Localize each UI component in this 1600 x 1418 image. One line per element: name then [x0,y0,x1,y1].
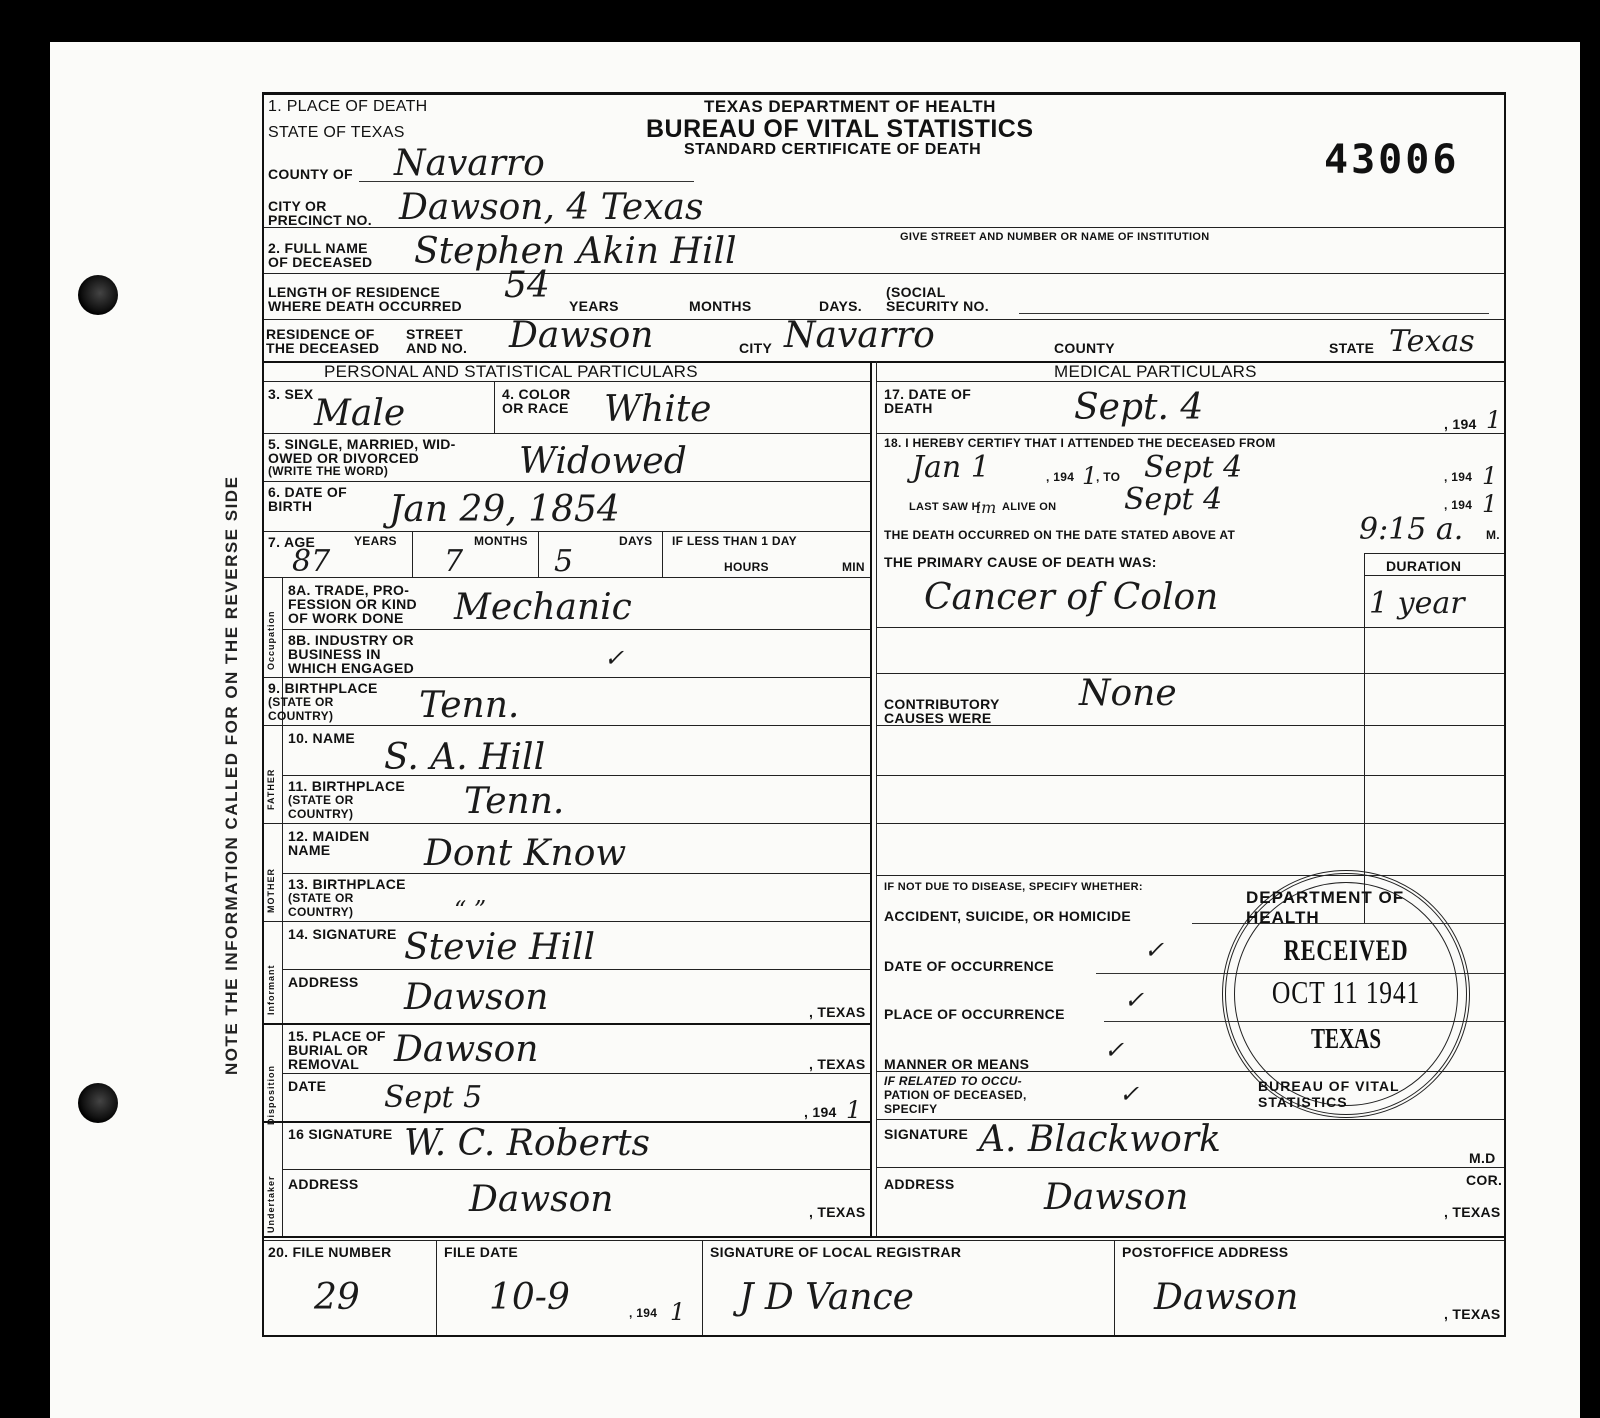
time-suffix: M. [1486,529,1500,542]
divider [1364,575,1504,576]
postoffice-label: POSTOFFICE ADDRESS [1122,1245,1288,1260]
divider [264,1240,1504,1241]
attended-from-value: Jan 1 [912,449,990,487]
bureau-title: BUREAU OF VITAL STATISTICS [646,115,1034,144]
divider [264,433,870,434]
sex-label: 3. SEX [268,387,313,402]
industry-value: ✓ [604,639,624,677]
occupation-related-label-1: IF RELATED TO OCCU- [884,1075,1022,1088]
birthplace-label-2: (STATE OR [268,696,334,709]
informant-section-label: Informant [266,965,276,1016]
father-name-value: S. A. Hill [384,739,545,777]
manner-value: ✓ [1104,1031,1124,1069]
file-year-digit: 1 [670,1293,685,1331]
residence-city-value: Navarro [784,317,935,355]
age-days-value: 5 [554,543,573,581]
undertaker-address-label: ADDRESS [288,1177,359,1192]
age-months-value: 7 [444,543,463,581]
postoffice-value: Dawson [1154,1279,1298,1317]
divider [264,823,870,824]
mother-maiden-value: Dont Know [424,835,626,873]
residence-street-value: Dawson [509,317,653,355]
date-occurrence-value: ✓ [1144,931,1164,969]
birthplace-label-1: 9. BIRTHPLACE [268,681,378,696]
occupation-section-label: Occupation [266,610,276,670]
to-year-prefix: , 194 [1444,471,1472,484]
divider [876,725,1504,726]
file-year-prefix: , 194 [629,1307,657,1320]
divider [264,531,870,532]
residence-county-label: COUNTY [1054,341,1115,356]
county-underline [359,181,694,182]
last-saw-label-1: LAST SAW H [909,501,980,513]
undertaker-signature-label: 16 SIGNATURE [288,1127,392,1142]
divider [264,273,1504,274]
personal-section-title: PERSONAL AND STATISTICAL PARTICULARS [324,363,698,381]
race-value: White [604,391,711,429]
full-name-label-2: OF DECEASED [268,255,372,270]
last-saw-pronoun: im [976,489,996,527]
divider [282,1169,870,1170]
divider [876,381,1504,382]
primary-cause-label: THE PRIMARY CAUSE OF DEATH WAS: [884,555,1157,570]
divider [876,875,1504,876]
residence-city-label: CITY [739,341,772,356]
mother-birthplace-value: “ ” [454,891,486,929]
department-title: TEXAS DEPARTMENT OF HEALTH [704,97,996,117]
residence-length-label-2: WHERE DEATH OCCURRED [268,299,462,314]
months-label: MONTHS [689,299,751,314]
divider [264,921,870,922]
father-section-label: FATHER [266,769,276,810]
birthplace-value: Tenn. [419,687,519,725]
days-label: DAYS. [819,299,862,314]
hours-label: HOURS [724,561,769,574]
stamp-state: TEXAS [1256,1024,1436,1056]
burial-year-prefix: , 194 [804,1105,837,1120]
burial-place-value: Dawson [394,1031,538,1069]
min-label: MIN [842,561,865,574]
death-certificate-form: 1. PLACE OF DEATH STATE OF TEXAS TEXAS D… [262,92,1506,1337]
occupation-related-value: ✓ [1119,1075,1139,1113]
divider [264,677,870,678]
mother-birthplace-label-2: (STATE OR [288,892,354,905]
divider [662,531,663,577]
father-name-label: 10. NAME [288,731,355,746]
from-year-prefix: , 194 [1046,471,1074,484]
divider [876,673,1504,674]
dob-value: Jan 29, 1854 [389,491,620,529]
last-saw-label-2: ALIVE ON [1002,501,1056,513]
less-than-day-label: IF LESS THAN 1 DAY [672,535,797,548]
accident-label: ACCIDENT, SUICIDE, OR HOMICIDE [884,909,1131,924]
stamp-top-text: DEPARTMENT OF HEALTH [1246,888,1466,928]
institution-hint: GIVE STREET AND NUMBER OR NAME OF INSTIT… [900,231,1209,243]
undertaker-section-label: Undertaker [266,1175,276,1233]
occupation-related-label-2: PATION OF DECEASED, [884,1089,1027,1102]
duration-value: 1 year [1369,585,1465,623]
duration-label: DURATION [1386,559,1461,574]
divider [412,531,413,577]
last-saw-year-digit: 1 [1482,485,1497,523]
city-label-2: PRECINCT NO. [268,213,372,228]
physician-signature-label: SIGNATURE [884,1127,968,1142]
primary-cause-value: Cancer of Colon [924,579,1218,617]
divider [264,577,870,578]
divider [282,1073,870,1074]
section-gutter [282,577,283,1237]
sex-value: Male [314,395,405,433]
stamp-received: RECEIVED [1256,934,1436,968]
residence-state-label: STATE [1329,341,1374,356]
occupation-related-label-3: SPECIFY [884,1103,937,1116]
dob-label-2: BIRTH [268,499,312,514]
ssn-label-2: SECURITY NO. [886,299,989,314]
divider [282,629,870,630]
burial-year-digit: 1 [846,1091,861,1129]
contributory-label-2: CAUSES WERE [884,711,992,726]
medical-section-title: MEDICAL PARTICULARS [1054,363,1257,381]
age-years-value: 87 [292,543,330,581]
age-days-label: DAYS [619,535,652,548]
place-occurrence-label: PLACE OF OCCURRENCE [884,1007,1065,1022]
divider [264,481,870,482]
burial-state: , TEXAS [809,1057,866,1072]
full-name-value: Stephen Akin Hill [414,233,737,271]
trade-label-3: OF WORK DONE [288,611,404,626]
informant-signature-value: Stevie Hill [404,929,595,967]
burial-date-value: Sept 5 [384,1079,482,1117]
stamp-date: OCT 11 1941 [1250,974,1442,1011]
divider [876,1167,1504,1168]
received-stamp: DEPARTMENT OF HEALTH RECEIVED OCT 11 194… [1222,870,1470,1118]
divider [282,969,870,970]
postoffice-state: , TEXAS [1444,1307,1501,1322]
race-label-2: OR RACE [502,401,569,416]
center-divider-2 [876,361,877,1236]
last-saw-date-value: Sept 4 [1124,481,1222,519]
informant-signature-label: 14. SIGNATURE [288,927,397,942]
undertaker-state: , TEXAS [809,1205,866,1220]
date-occurrence-label: DATE OF OCCURRENCE [884,959,1054,974]
residence-label-2: THE DECEASED [266,341,379,356]
file-number-value: 29 [314,1279,360,1317]
city-value: Dawson, 4 Texas [399,189,703,227]
ssn-underline [1019,313,1489,314]
father-birthplace-value: Tenn. [464,783,564,821]
punch-hole-bottom [78,1083,118,1123]
age-months-label: MONTHS [474,535,528,548]
physician-address-value: Dawson [1044,1179,1188,1217]
divider [876,823,1504,824]
years-label: YEARS [569,299,619,314]
informant-address-value: Dawson [404,979,548,1017]
divider [876,627,1504,628]
manner-label: MANNER OR MEANS [884,1057,1029,1072]
informant-state: , TEXAS [809,1005,866,1020]
father-birthplace-label-1: 11. BIRTHPLACE [288,779,405,794]
file-number-label: 20. FILE NUMBER [268,1245,392,1260]
punch-hole-top [78,275,118,315]
trade-value: Mechanic [454,589,632,627]
divider [264,725,870,726]
death-date-label-2: DEATH [884,401,933,416]
marital-label-3: (WRITE THE WORD) [268,465,388,478]
mother-maiden-label-2: NAME [288,843,330,858]
contributory-value: None [1079,675,1177,713]
to-label: , TO [1096,471,1120,484]
place-of-death-label: 1. PLACE OF DEATH [268,99,428,114]
certificate-title: STANDARD CERTIFICATE OF DEATH [684,141,981,159]
divider [494,381,495,433]
divider [282,775,870,776]
death-date-value: Sept. 4 [1074,389,1203,427]
divider [282,873,870,874]
divider [876,775,1504,776]
undertaker-address-value: Dawson [469,1181,613,1219]
county-value: Navarro [394,145,545,183]
stamp-bottom-text: BUREAU OF VITAL STATISTICS [1258,1078,1466,1110]
physician-state: , TEXAS [1444,1205,1501,1220]
street-label-2: AND NO. [406,341,467,356]
registrar-signature: J D Vance [739,1279,914,1317]
time-label: THE DEATH OCCURRED ON THE DATE STATED AB… [884,529,1235,542]
marital-value: Widowed [519,443,687,481]
divider [436,1240,437,1335]
time-value: 9:15 a. [1359,511,1463,549]
undertaker-signature-value: W. C. Roberts [404,1125,650,1163]
divider [538,531,539,577]
state-of-texas-label: STATE OF TEXAS [268,125,405,140]
burial-place-label-3: REMOVAL [288,1057,359,1072]
divider [1114,1240,1115,1335]
divider [1364,553,1504,554]
file-date-label: FILE DATE [444,1245,518,1260]
duration-divider [1364,553,1365,923]
certificate-number: 43006 [1324,137,1459,183]
from-year-digit: 1 [1082,457,1097,495]
reverse-side-note: NOTE THE INFORMATION CALLED FOR ON THE R… [222,325,242,1075]
mother-birthplace-label-3: COUNTRY) [288,906,353,919]
file-date-value: 10-9 [489,1279,570,1317]
mother-section-label: MOTHER [266,868,276,913]
birthplace-label-3: COUNTRY) [268,710,333,723]
place-occurrence-value: ✓ [1124,981,1144,1019]
county-label: COUNTY OF [268,167,353,182]
mother-birthplace-label-1: 13. BIRTHPLACE [288,877,406,892]
burial-date-label: DATE [288,1079,326,1094]
md-label: M.D [1469,1151,1496,1166]
physician-address-label: ADDRESS [884,1177,955,1192]
divider [264,381,870,382]
residence-state-value: Texas [1389,323,1475,361]
physician-signature-value: A. Blackwork [979,1121,1221,1159]
cor-label: COR. [1466,1173,1502,1188]
not-disease-label: IF NOT DUE TO DISEASE, SPECIFY WHETHER: [884,881,1143,893]
industry-label-3: WHICH ENGAGED [288,661,414,676]
informant-address-label: ADDRESS [288,975,359,990]
death-year-prefix: , 194 [1444,417,1477,432]
divider [264,1236,1504,1238]
father-birthplace-label-2: (STATE OR [288,794,354,807]
age-years-label: YEARS [354,535,397,548]
residence-years-value: 54 [504,267,550,305]
registrar-label: SIGNATURE OF LOCAL REGISTRAR [710,1245,961,1260]
divider [264,1023,870,1025]
divider [702,1240,703,1335]
father-birthplace-label-3: COUNTRY) [288,808,353,821]
divider [264,227,1504,228]
divider [876,433,1504,434]
disposition-section-label: Disposition [266,1065,276,1125]
center-divider [870,361,872,1236]
